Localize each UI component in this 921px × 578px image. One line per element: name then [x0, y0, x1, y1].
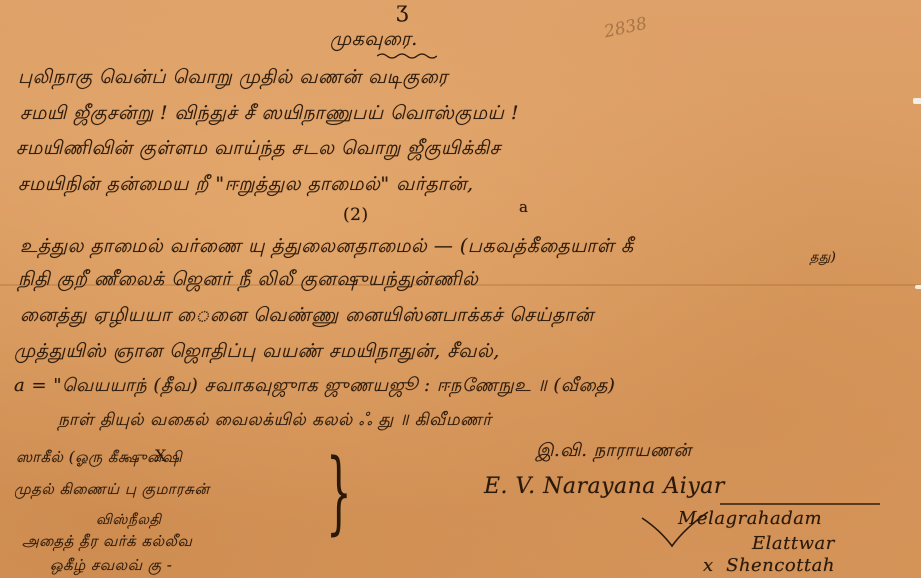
body-line-7: னைத்து ஏழியயா ைனை வெண்ணு னையிஸ்னபாக்கச் … [20, 304, 594, 329]
marginal-note-line-1: ஸாகீல் (ஓரு கீக்ஷுனஷி [16, 448, 182, 468]
body-line-2: சமயி ஜீகுசன்று ! விந்துச் சீ ஸயிநாணுபய் … [20, 102, 519, 127]
body-line-6: நிதி குறீ ணீலைக் ஜெனர் நீ லிலீ குனஷுயந்த… [18, 268, 478, 293]
heading-squiggle-underline [377, 52, 437, 60]
signature-tamil: இ.வி. நாராயணன் [536, 440, 692, 463]
signature-locality: Elattwar [752, 533, 835, 554]
manuscript-page: ʒ முகவுரை. 2838 புலிநாகு வென்ப் வொறு முத… [0, 0, 921, 578]
signature-town-name: Shencottah [726, 555, 835, 576]
marginal-note-line-2: முதல் கிணைய் பு குமாரசுன் [14, 480, 210, 500]
body-line-3: சமயிணிவின் குள்ளம வாய்ந்த சடல வொறு ஜீகுய… [16, 137, 501, 162]
footnote-line: a = "வெயயாந் (தீவ) சவாகவுஜுாக ஜுணயஜூ : ஈ… [14, 375, 615, 398]
body-line-4: சமயிநின் தன்மைய றீ "ஈறுத்துல தாமைல்" வர்… [18, 173, 474, 198]
marginal-parenthetical-line-2: தது) [810, 250, 836, 266]
body-line-5: உத்துல தாமைல் வர்ணை யு த்துலைனதாமைல் — (… [20, 235, 634, 260]
page-marker: (2) [343, 205, 369, 225]
paper-edge-tear [913, 98, 921, 104]
signature-mark: x [703, 555, 714, 576]
body-line-1: புலிநாகு வென்ப் வொறு முதில் வணன் வடிகுரை [18, 66, 448, 91]
paper-edge-tear [915, 285, 921, 289]
heading: முகவுரை. [330, 28, 418, 53]
marginal-note-line-5: ஒகீழ் சவலவ் கு - [50, 556, 172, 576]
signature-village: Melagrahadam [678, 508, 822, 529]
body-line-10: நாள் தியுல் வகைல் வைலக்யில் கலல் ஃ து ॥ … [58, 410, 492, 432]
footnote-marker: a [519, 198, 528, 216]
signature-town: x Shencottah [703, 555, 835, 576]
marginal-note-line-3: விஸ்நீலதி [96, 512, 162, 530]
top-mark: ʒ [396, 0, 408, 23]
signature-english-name: E. V. Narayana Aiyar [484, 474, 725, 499]
body-line-8: முத்துயிஸ் ஞான ஜொதிப்பு வயண் சமயிநாதுன்,… [14, 340, 500, 365]
signature-underline [720, 503, 880, 505]
marginal-note-line-4: அதைத் தீர வர்க் கல்லீவ [22, 532, 192, 552]
marginal-note-brace: } [326, 448, 352, 538]
pencil-annotation: 2838 [602, 14, 648, 43]
